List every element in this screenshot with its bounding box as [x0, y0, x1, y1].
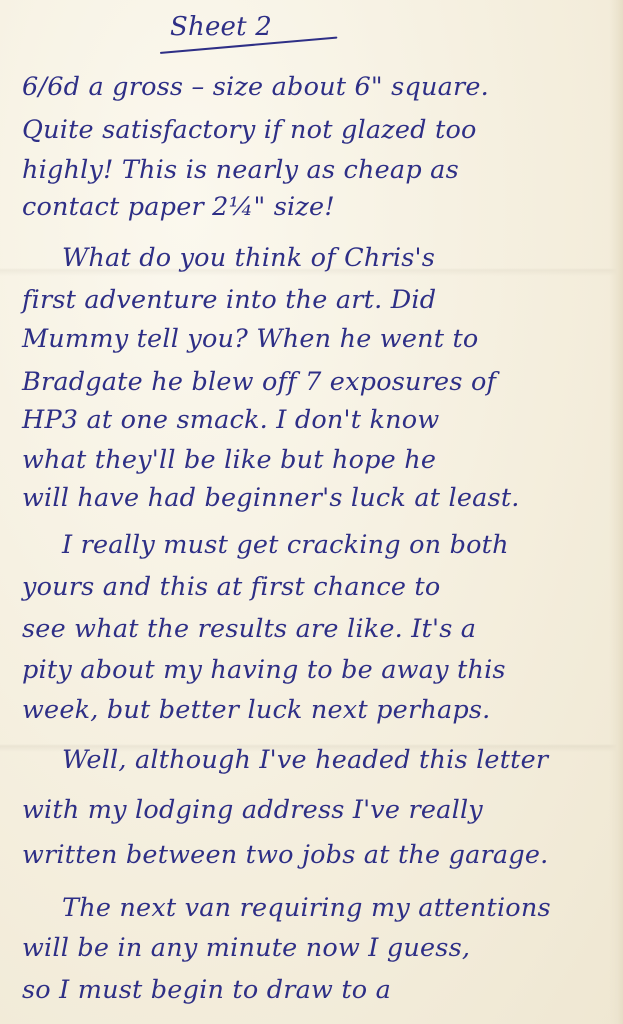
letter-line: yours and this at first chance to	[22, 572, 440, 602]
letter-line: with my lodging address I've really	[22, 795, 483, 825]
letter-line: The next van requiring my attentions	[62, 893, 551, 923]
letter-line: first adventure into the art. Did	[22, 285, 436, 315]
letter-line: What do you think of Chris's	[62, 243, 435, 273]
letter-line: Bradgate he blew off 7 exposures of	[22, 367, 496, 397]
letter-line: contact paper 2¼" size!	[22, 192, 335, 222]
letter-line: I really must get cracking on both	[62, 530, 509, 560]
letter-line: HP3 at one smack. I don't know	[22, 405, 439, 435]
letter-line: 6/6d a gross – size about 6" square.	[22, 72, 489, 102]
letter-line: highly! This is nearly as cheap as	[22, 155, 459, 185]
letter-line: what they'll be like but hope he	[22, 445, 436, 475]
letter-line: will have had beginner's luck at least.	[22, 483, 520, 513]
letter-line: so I must begin to draw to a	[22, 975, 391, 1005]
letter-line: Well, although I've headed this letter	[62, 745, 548, 775]
page-heading: Sheet 2	[170, 12, 272, 42]
letter-line: Quite satisfactory if not glazed too	[22, 115, 477, 145]
letter-line: will be in any minute now I guess,	[22, 933, 470, 963]
paper-edge	[609, 0, 623, 1024]
letter-line: see what the results are like. It's a	[22, 614, 476, 644]
letter-line: week, but better luck next perhaps.	[22, 695, 490, 725]
letter-line: written between two jobs at the garage.	[22, 840, 548, 870]
letter-line: Mummy tell you? When he went to	[22, 324, 478, 354]
letter-line: pity about my having to be away this	[22, 655, 506, 685]
